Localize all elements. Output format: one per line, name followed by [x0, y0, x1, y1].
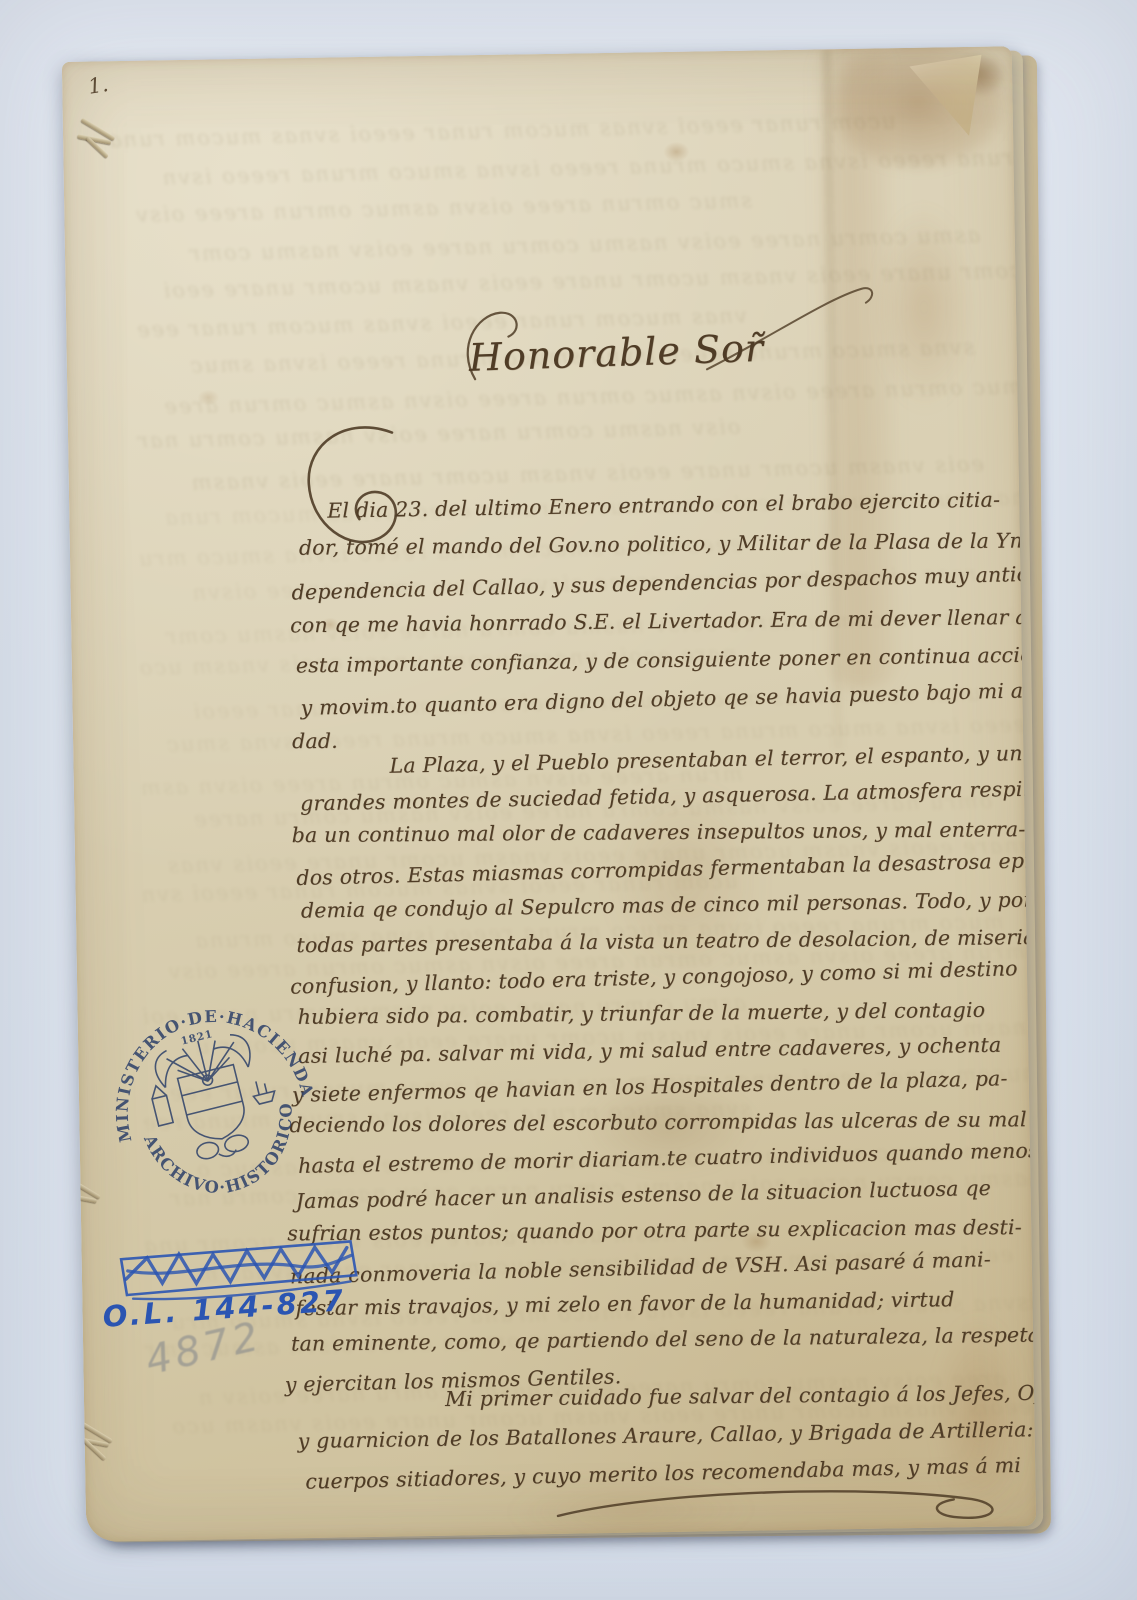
stamp-arc-bottom-text: ARCHIVO·HISTORICO: [139, 1097, 314, 1214]
verso-showthrough-line: oisv nasmu comru naree eoisv nasmu comru…: [136, 415, 741, 453]
verso-showthrough-line: ucom runar eeeoi svnas mucom runar eeeoi…: [107, 109, 896, 152]
folio-number: 1.: [86, 72, 110, 99]
fox-spot: [663, 142, 689, 162]
manuscript-page: ucom runar eeeoi svnas mucom runar eeeoi…: [62, 46, 1036, 1542]
binding-thread: [77, 119, 132, 166]
paragraph: La Plaza, y el Pueblo presentaban el ter…: [297, 736, 1036, 1400]
photo-background: ucom runar eeeoi svnas mucom runar eeeoi…: [0, 0, 1137, 1600]
fox-spot: [197, 389, 219, 405]
verso-showthrough-line: isvn asmuc omrun areee oisvn asmuc omrun…: [162, 373, 1036, 419]
stamp-tower: [152, 1096, 173, 1126]
stamp-palm-left: [152, 1046, 195, 1089]
verso-showthrough-line: asmu comru naree eoisv nasmu comru naree…: [188, 223, 981, 266]
binding-thread: [74, 1421, 129, 1468]
verso-showthrough-line: smuc omrun areee oisvn asmuc omrun areee…: [134, 188, 752, 227]
dog-ear-fold: [884, 46, 1016, 168]
water-stain: [852, 167, 997, 449]
stamp-cornucopia: [195, 1140, 220, 1161]
stamp-ship: [250, 1078, 277, 1105]
stamp-shield: [178, 1065, 250, 1146]
salutation-title: Honorable Sor̃: [468, 326, 765, 380]
binding-thread: [62, 1177, 117, 1224]
svg-text:ARCHIVO·HISTORICO: ARCHIVO·HISTORICO: [139, 1097, 314, 1214]
paragraph: Mi primer cuidado fue salvar del contagi…: [308, 1372, 1036, 1498]
paragraph: El dia 23. del ultimo Enero entrando con…: [293, 480, 1036, 764]
verso-showthrough-line: nasm ucomr unare eeois vnasm ucomr unare…: [161, 256, 1036, 302]
